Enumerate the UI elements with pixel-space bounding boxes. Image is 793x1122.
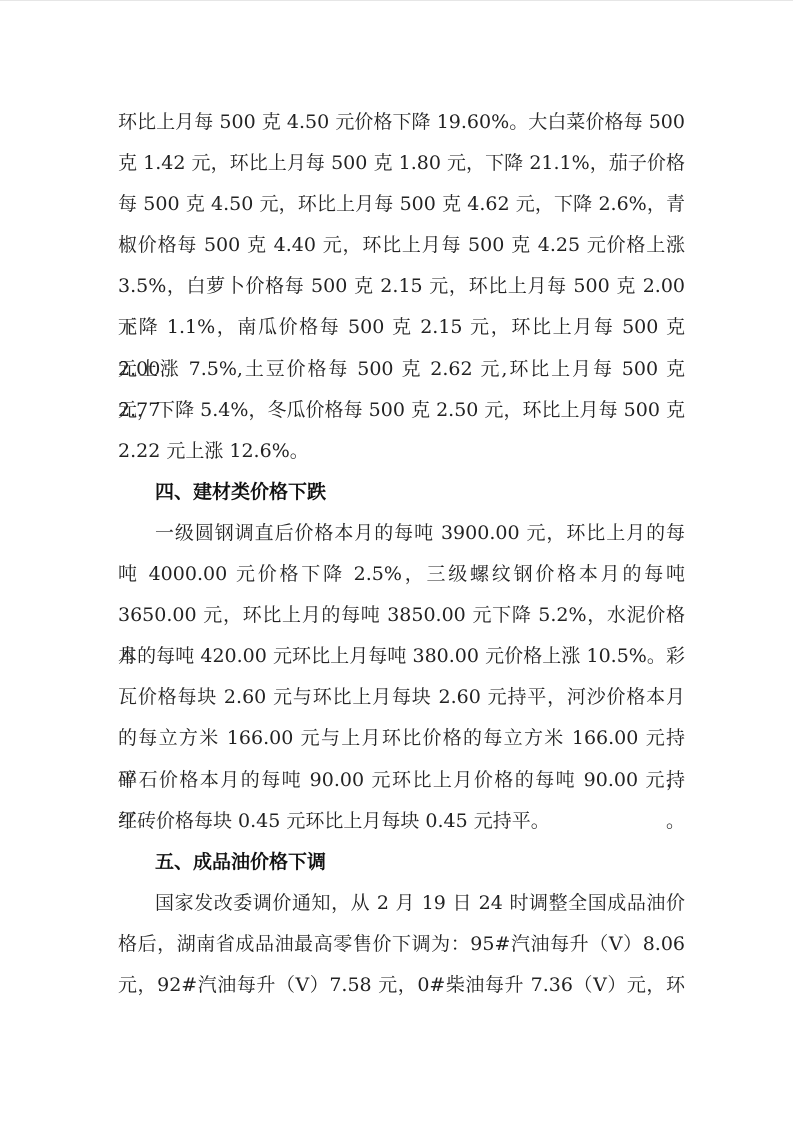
- building-materials-paragraph-line: 瓦价格每块 2.60 元与环比上月每块 2.60 元持平，河沙价格本月: [118, 677, 685, 718]
- vegetables-paragraph-line: 3.5%，白萝卜价格每 500 克 2.15 元，环比上月每 500 克 2.0…: [118, 266, 685, 307]
- vegetables-paragraph-line: 每 500 克 4.50 元，环比上月每 500 克 4.62 元，下降 2.6…: [118, 184, 685, 225]
- building-materials-paragraph-line: 月的每吨 420.00 元环比上月每吨 380.00 元价格上涨 10.5%。彩: [118, 636, 685, 677]
- page-top-edge: [0, 0, 793, 1]
- document-page: 环比上月每 500 克 4.50 元价格下降 19.60%。大白菜价格每 500…: [0, 0, 793, 1122]
- vegetables-paragraph-line: 2.22 元上涨 12.6%。: [118, 431, 685, 472]
- vegetables-paragraph-line: 元上涨 7.5%,土豆价格每 500 克 2.62 元,环比上月每 500 克 …: [118, 349, 685, 390]
- vegetables-paragraph-line: 椒价格每 500 克 4.40 元，环比上月每 500 克 4.25 元价格上涨: [118, 225, 685, 266]
- section-heading-refined-oil: 五、成品油价格下调: [118, 842, 685, 883]
- building-materials-paragraph-line: 碎石价格本月的每吨 90.00 元环比上月价格的每吨 90.00 元持平。: [118, 760, 685, 801]
- refined-oil-paragraph-line: 元，92#汽油每升（Ⅴ）7.58 元，0#柴油每升 7.36（Ⅴ）元，环: [118, 965, 685, 1006]
- vegetables-paragraph-line: 环比上月每 500 克 4.50 元价格下降 19.60%。大白菜价格每 500: [118, 102, 685, 143]
- refined-oil-paragraph-line: 国家发改委调价通知，从 2 月 19 日 24 时调整全国成品油价: [118, 883, 685, 924]
- vegetables-paragraph-line: 克 1.42 元，环比上月每 500 克 1.80 元，下降 21.1%，茄子价…: [118, 143, 685, 184]
- vegetables-paragraph-line: 下降 1.1%，南瓜价格每 500 克 2.15 元，环比上月每 500 克 2…: [118, 307, 685, 348]
- building-materials-paragraph-line: 吨 4000.00 元价格下降 2.5%，三级螺纹钢价格本月的每吨: [118, 554, 685, 595]
- building-materials-paragraph-line: 的每立方米 166.00 元与上月环比价格的每立方米 166.00 元持平，: [118, 718, 685, 759]
- building-materials-paragraph-line: 3650.00 元，环比上月的每吨 3850.00 元下降 5.2%，水泥价格本: [118, 595, 685, 636]
- refined-oil-paragraph-line: 格后，湖南省成品油最高零售价下调为：95#汽油每升（Ⅴ）8.06: [118, 924, 685, 965]
- vegetables-paragraph-line: 元，下降 5.4%，冬瓜价格每 500 克 2.50 元，环比上月每 500 克: [118, 390, 685, 431]
- document-text-block: 环比上月每 500 克 4.50 元价格下降 19.60%。大白菜价格每 500…: [118, 102, 685, 1006]
- building-materials-paragraph-line: 一级圆钢调直后价格本月的每吨 3900.00 元，环比上月的每: [118, 513, 685, 554]
- section-heading-building-materials: 四、建材类价格下跌: [118, 472, 685, 513]
